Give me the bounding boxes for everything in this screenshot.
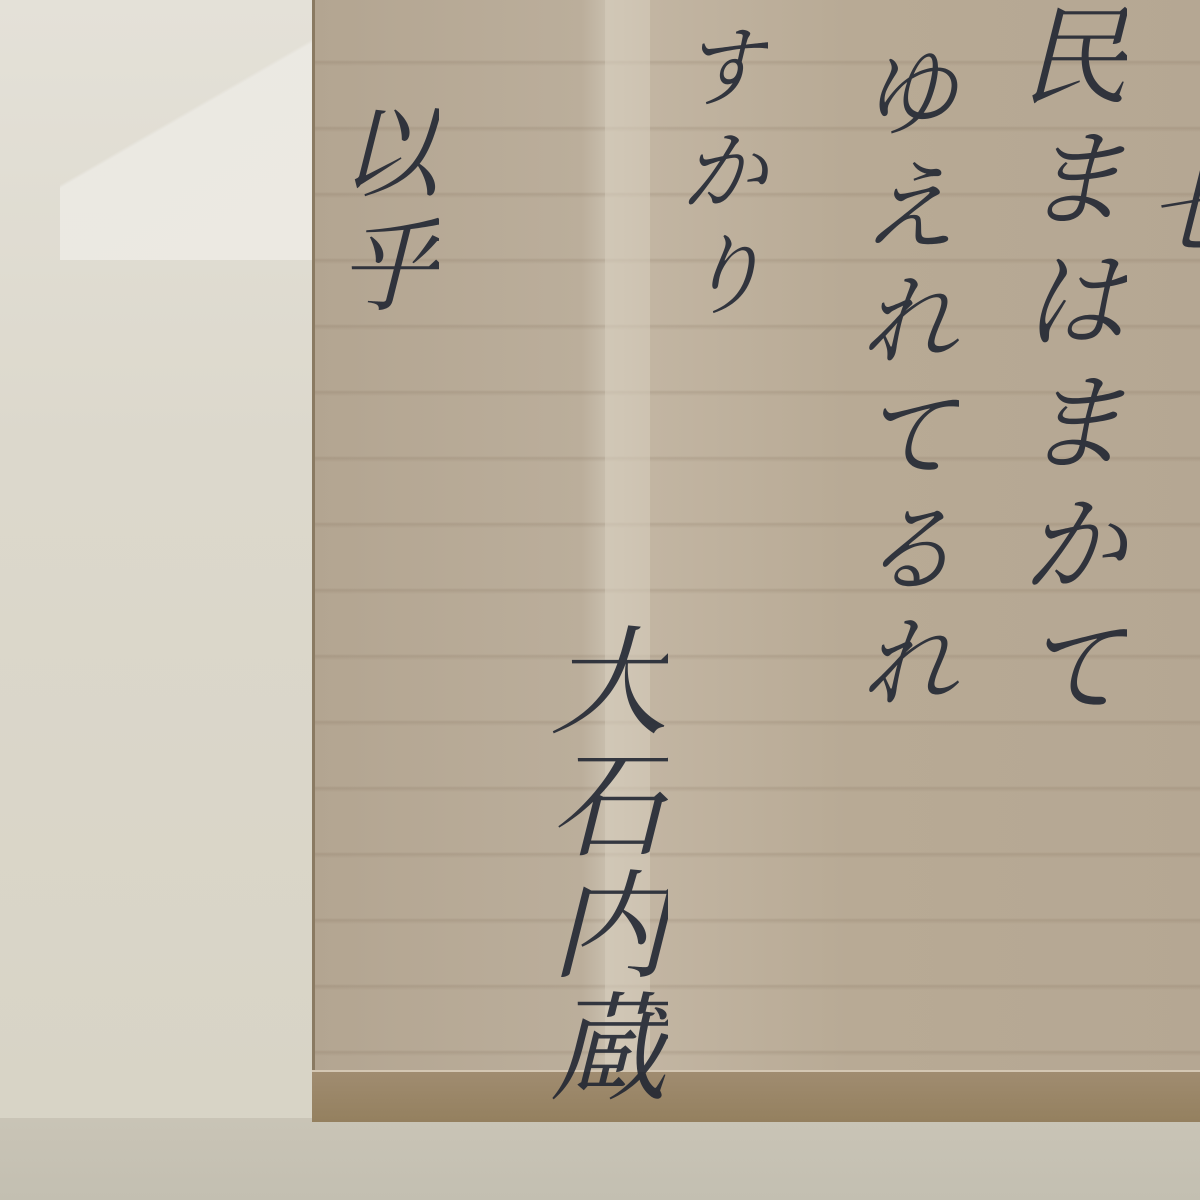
calligraphy-signature: 大石内蔵: [540, 620, 658, 1108]
letter-bottom-edge: [312, 1070, 1200, 1122]
paper-fold: [60, 0, 320, 260]
calligraphy-column: すかり: [670, 20, 760, 332]
mounting-paper-bottom: [0, 1118, 1200, 1200]
calligraphy-column: 以乎: [330, 100, 430, 328]
calligraphy-column: ゆえれてるれ: [850, 40, 950, 724]
calligraphy-column: 七: [1140, 160, 1200, 270]
calligraphy-column: 民まはまかて: [1010, 0, 1118, 732]
